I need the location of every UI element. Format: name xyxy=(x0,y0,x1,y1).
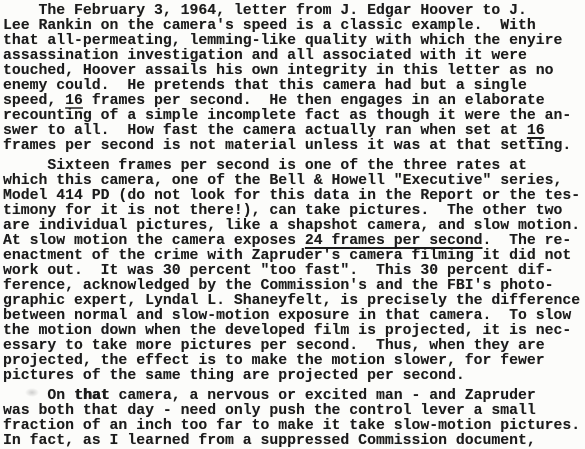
text-segment: Model 414 PD (do not look for this data … xyxy=(3,188,580,204)
text-line: pictures of the same thing are projected… xyxy=(3,369,583,384)
text-line: On that camera, a nervous or excited man… xyxy=(3,389,583,404)
text-line: enemy could. He pretends that this camer… xyxy=(3,79,583,94)
text-segment: On xyxy=(3,388,74,404)
text-segment: assassination investigation and all asso… xyxy=(3,48,527,64)
text-segment: At slow motion the camera exposes xyxy=(3,233,305,249)
text-line: the motion down when the developed film … xyxy=(3,324,583,339)
text-segment: that all-permeating, lemming-like qualit… xyxy=(3,33,562,49)
text-segment: recounting of a simple incomplete fact a… xyxy=(3,108,571,124)
text-line: Lee Rankin on the camera's speed is a cl… xyxy=(3,19,583,34)
text-segment: enemy could. He pretends that this camer… xyxy=(3,78,527,94)
text-segment: the motion down when the developed film … xyxy=(3,323,571,339)
text-line: graphic expert, Lyndal L. Shaneyfelt, is… xyxy=(3,294,583,309)
text-line: recounting of a simple incomplete fact a… xyxy=(3,109,583,124)
faint-underlined-text: 16 xyxy=(65,93,83,109)
text-line: which this camera, one of the Bell & How… xyxy=(3,174,583,189)
text-line: swer to all. How fast the camera actuall… xyxy=(3,124,583,139)
text-segment: enactment of the crime with Zapruder's c… xyxy=(3,248,571,264)
text-segment: between normal and slow-motion exposure … xyxy=(3,308,571,324)
text-segment: are individual pictures, like a shapshot… xyxy=(3,218,580,234)
text-segment: swer to all. How fast the camera actuall… xyxy=(3,123,527,139)
text-line: Sixteen frames per second is one of the … xyxy=(3,159,583,174)
text-segment: was both that day - need only push the c… xyxy=(3,403,536,419)
text-segment: pictures of the same thing are projected… xyxy=(3,368,465,384)
underlined-text: 16 xyxy=(527,123,545,139)
scanned-document-page: The February 3, 1964, letter from J. Edg… xyxy=(0,0,585,449)
text-segment: ference, acknowledged by the Commission'… xyxy=(3,278,554,294)
text-segment: . The re- xyxy=(483,233,572,249)
text-line: essary to take more pictures per second.… xyxy=(3,339,583,354)
text-line: that all-permeating, lemming-like qualit… xyxy=(3,34,583,49)
text-segment: In fact, as I learned from a suppressed … xyxy=(3,433,536,449)
para-control-lever: On that camera, a nervous or excited man… xyxy=(3,389,583,449)
text-segment: Lee Rankin on the camera's speed is a cl… xyxy=(3,18,536,34)
text-segment: speed, xyxy=(3,93,65,109)
text-segment: The February 3, 1964, letter from J. Edg… xyxy=(3,3,527,19)
emphasized-text: that xyxy=(74,388,110,404)
text-segment: touched, Hoover assails his own integrit… xyxy=(3,63,554,79)
text-line: Model 414 PD (do not look for this data … xyxy=(3,189,583,204)
text-segment: camera, a nervous or excited man - and Z… xyxy=(110,388,536,404)
text-segment: which this camera, one of the Bell & How… xyxy=(3,173,562,189)
text-segment: fraction of an inch too far to make it t… xyxy=(3,418,580,434)
para-hoover-letter: The February 3, 1964, letter from J. Edg… xyxy=(3,4,583,154)
text-line: touched, Hoover assails his own integrit… xyxy=(3,64,583,79)
text-line: was both that day - need only push the c… xyxy=(3,404,583,419)
text-line: assassination investigation and all asso… xyxy=(3,49,583,64)
text-line: enactment of the crime with Zapruder's c… xyxy=(3,249,583,264)
text-line: At slow motion the camera exposes 24 fra… xyxy=(3,234,583,249)
text-line: work out. It was 30 percent "too fast". … xyxy=(3,264,583,279)
para-camera-speeds: Sixteen frames per second is one of the … xyxy=(3,159,583,384)
text-segment: projected, the effect is to make the mot… xyxy=(3,353,545,369)
text-line: frames per second is not material unless… xyxy=(3,139,583,154)
underlined-text: 24 frames per second xyxy=(305,233,483,249)
text-segment: timony for it is not there!), can take p… xyxy=(3,203,562,219)
text-segment: essary to take more pictures per second.… xyxy=(3,338,545,354)
text-line: projected, the effect is to make the mot… xyxy=(3,354,583,369)
text-segment: graphic expert, Lyndal L. Shaneyfelt, is… xyxy=(3,293,580,309)
document-body: The February 3, 1964, letter from J. Edg… xyxy=(3,4,583,449)
text-line: In fact, as I learned from a suppressed … xyxy=(3,434,583,449)
text-segment: Sixteen frames per second is one of the … xyxy=(3,158,527,174)
text-line: are individual pictures, like a shapshot… xyxy=(3,219,583,234)
text-line: The February 3, 1964, letter from J. Edg… xyxy=(3,4,583,19)
text-line: fraction of an inch too far to make it t… xyxy=(3,419,583,434)
text-segment: frames per second. He then engages in an… xyxy=(83,93,545,109)
text-line: timony for it is not there!), can take p… xyxy=(3,204,583,219)
text-segment: work out. It was 30 percent "too fast". … xyxy=(3,263,554,279)
text-line: ference, acknowledged by the Commission'… xyxy=(3,279,583,294)
text-segment: frames per second is not material unless… xyxy=(3,138,571,154)
text-line: between normal and slow-motion exposure … xyxy=(3,309,583,324)
text-line: speed, 16 frames per second. He then eng… xyxy=(3,94,583,109)
